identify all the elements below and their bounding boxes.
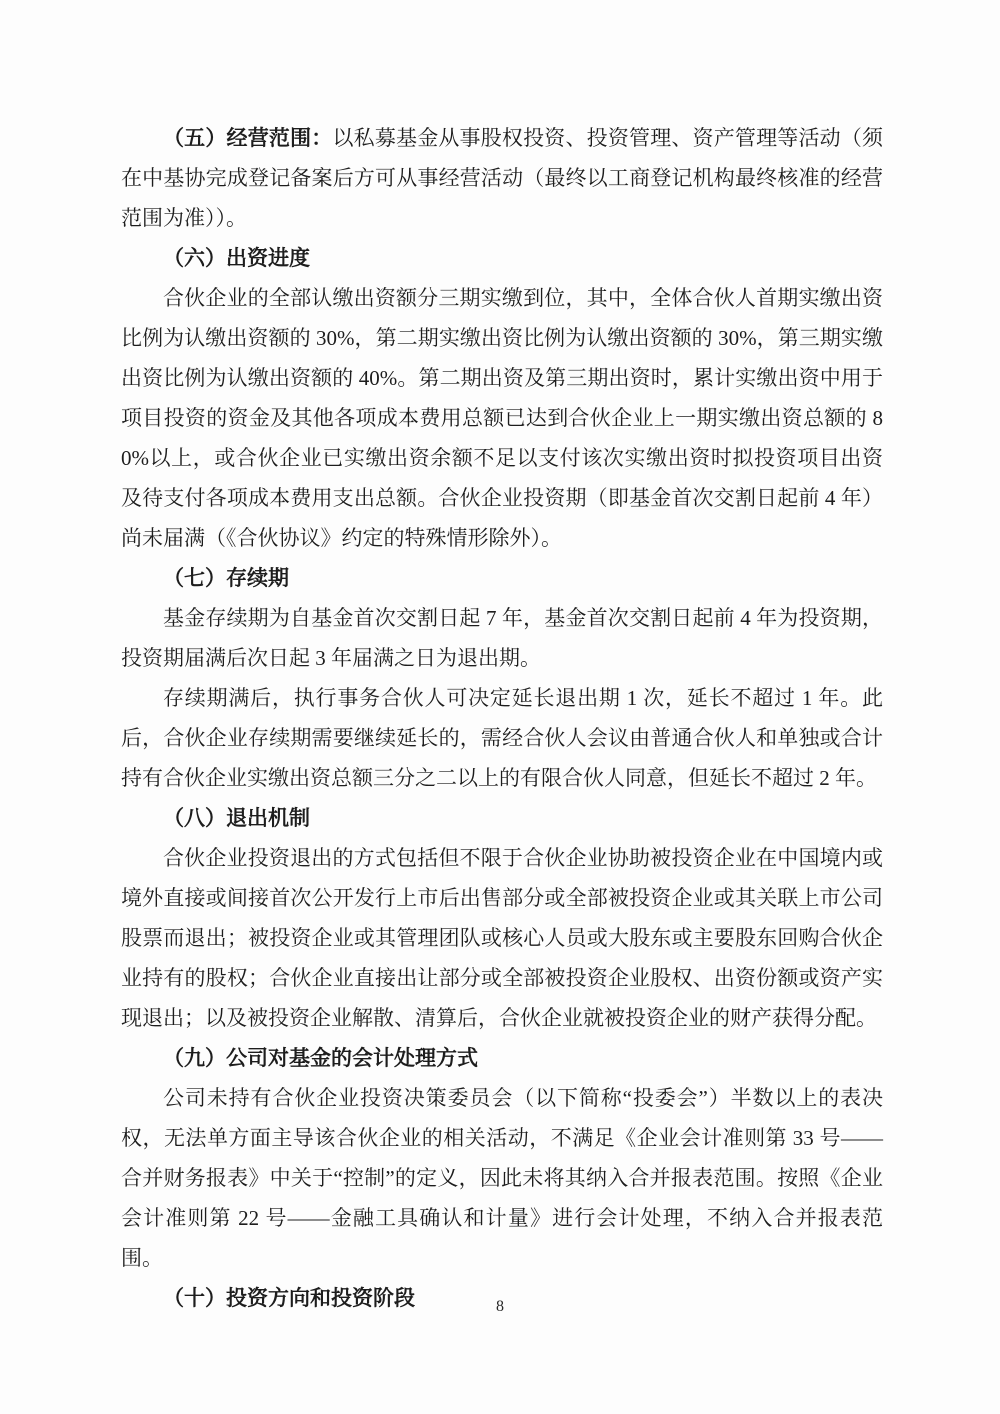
section-6-heading: （六）出资进度: [121, 238, 883, 278]
section-7-heading: （七）存续期: [121, 558, 883, 598]
section-9-heading: （九）公司对基金的会计处理方式: [121, 1038, 883, 1078]
document-content: （五）经营范围：以私募基金从事股权投资、投资管理、资产管理等活动（须在中基协完成…: [121, 118, 883, 1318]
section-8-paragraph-1: 合伙企业投资退出的方式包括但不限于合伙企业协助被投资企业在中国境内或境外直接或间…: [121, 838, 883, 1038]
page-number: 8: [0, 1295, 1000, 1319]
section-5-heading: （五）经营范围：: [163, 126, 332, 150]
section-8-heading: （八）退出机制: [121, 798, 883, 838]
section-6-paragraph-1: 合伙企业的全部认缴出资额分三期实缴到位，其中，全体合伙人首期实缴出资比例为认缴出…: [121, 278, 883, 558]
section-5-paragraph: （五）经营范围：以私募基金从事股权投资、投资管理、资产管理等活动（须在中基协完成…: [121, 118, 883, 238]
section-9-paragraph-1: 公司未持有合伙企业投资决策委员会（以下简称“投委会”）半数以上的表决权，无法单方…: [121, 1078, 883, 1278]
document-page: （五）经营范围：以私募基金从事股权投资、投资管理、资产管理等活动（须在中基协完成…: [0, 0, 1000, 1414]
section-7-paragraph-1: 基金存续期为自基金首次交割日起 7 年，基金首次交割日起前 4 年为投资期，投资…: [121, 598, 883, 678]
section-7-paragraph-2: 存续期满后，执行事务合伙人可决定延长退出期 1 次，延长不超过 1 年。此后，合…: [121, 678, 883, 798]
